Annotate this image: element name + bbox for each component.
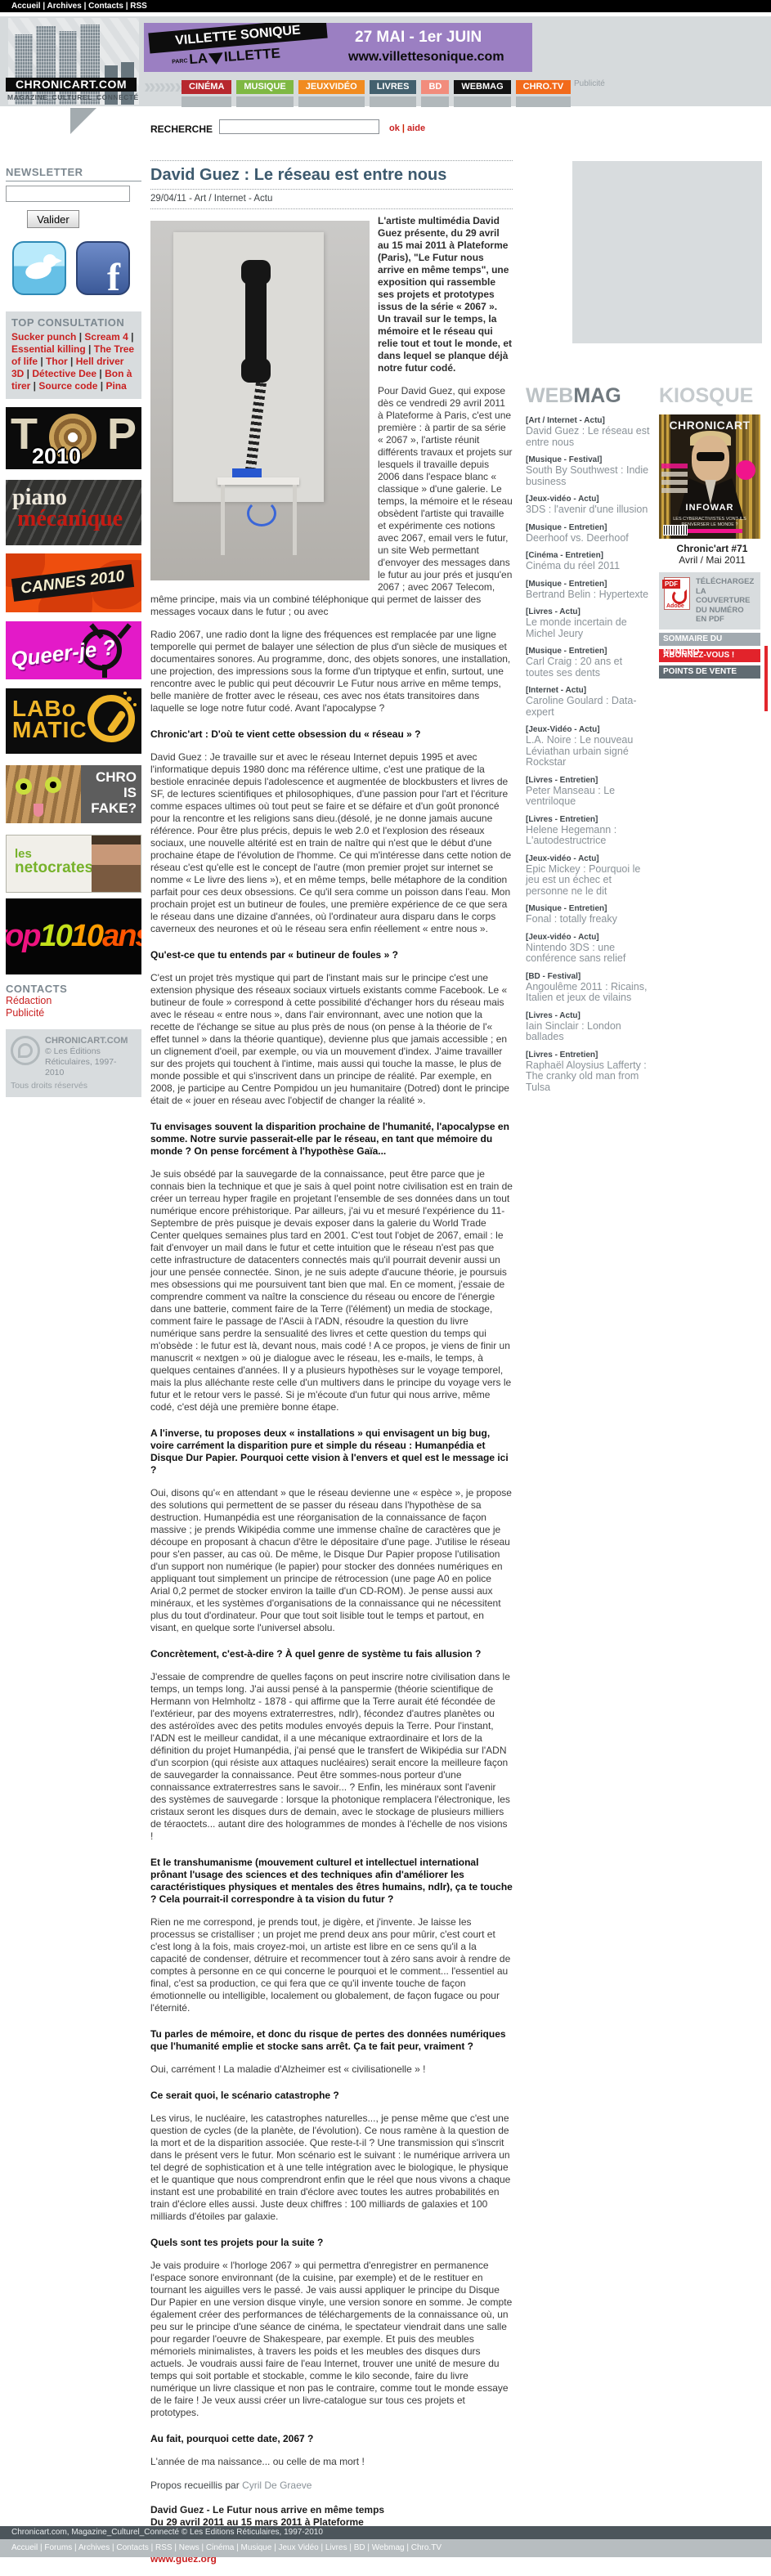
barcode — [663, 525, 688, 535]
event-line: David Guez - Le Futur nous arrive en mêm… — [150, 2504, 513, 2516]
webmag-item-title[interactable]: Angoulême 2011 : Ricains, Italien et jeu… — [526, 982, 650, 1004]
bubble — [133, 703, 137, 706]
webmag-item-label: [Musique - Festival] — [526, 455, 650, 464]
article-paragraph: Radio 2067, une radio dont la ligne des … — [150, 629, 513, 715]
page: Accueil | Archives | Contacts | RSS CHRO… — [0, 0, 771, 2576]
banner-top10-10ans[interactable]: top1010ans — [6, 898, 141, 974]
pdf-tag: PDF — [662, 580, 680, 589]
webmag-item-title[interactable]: Le monde incertain de Michel Jeury — [526, 617, 650, 639]
webmag-item-label: [Jeux-vidéo - Actu] — [526, 495, 650, 504]
copyright-text: CHRONICART.COM © Les Éditions Réticulair… — [45, 1036, 128, 1078]
webmag-item-label: [Jeux-vidéo - Actu] — [526, 933, 650, 942]
article-question: A l'inverse, tu proposes deux « installa… — [150, 1427, 513, 1476]
webmag-item[interactable]: [Livres - Actu]Le monde incertain de Mic… — [526, 607, 650, 639]
article-paragraph: J'essaie de comprendre de quelles façons… — [150, 1671, 513, 1843]
byline-prefix: Propos recueillis par — [150, 2480, 242, 2491]
search-separator: | — [402, 123, 405, 133]
webmag-item[interactable]: [Musique - Entretien]Carl Craig : 20 ans… — [526, 647, 650, 679]
newsletter-heading: NEWSLETTER — [6, 166, 141, 181]
villette-sonique-ad-banner[interactable]: VILLETTE SONIQUE PARCLAILLETTE 27 MAI - … — [144, 23, 532, 72]
webmag-item-label: [Livres - Entretien] — [526, 1051, 650, 1060]
kiosque-issue: Chronic'art #71 — [659, 543, 765, 554]
nav-item-musique[interactable]: MUSIQUE — [236, 80, 293, 94]
pdf-download-text: TÉLÉCHARGEZ LA COUVERTURE DU NUMÉRO EN P… — [696, 577, 755, 625]
blue-cable — [247, 500, 276, 526]
ad-label: Publicité — [574, 79, 605, 88]
contacts-link-publicité[interactable]: Publicité — [6, 1007, 141, 1019]
man-face-photo — [92, 836, 141, 892]
site-tagline: MAGAZINE_CULTUREL_CONNECTÉ — [7, 93, 139, 101]
webmag-item[interactable]: [Musique - Entretien]Fonal : totally fre… — [526, 904, 650, 925]
article-paragraph: Rien ne me correspond, je prends tout, j… — [150, 1916, 513, 2014]
footer-links-bar[interactable]: Accueil | Forums | Archives | Contacts |… — [0, 2539, 771, 2557]
webmag-item-title[interactable]: Peter Manseau : Le ventriloque — [526, 786, 650, 808]
top-consultation-box: TOP CONSULTATION Sucker punch | Scream 4… — [6, 311, 141, 399]
nav-item-cinéma[interactable]: CINÉMA — [182, 80, 231, 94]
chronicart-spiral-logo — [11, 1036, 40, 1065]
nav-item-chro.tv[interactable]: CHRO.TV — [516, 80, 572, 94]
cover-mini-text — [661, 472, 688, 477]
webmag-item[interactable]: [Livres - Entretien]Helene Hegemann : L'… — [526, 815, 650, 847]
article-question: Tu parles de mémoire, et donc du risque … — [150, 2028, 513, 2053]
article-photo — [150, 221, 370, 580]
webmag-item-label: [Musique - Entretien] — [526, 580, 650, 589]
article-question: Concrètement, c'est-à-dire ? À quel genr… — [150, 1648, 513, 1660]
gender-cross — [102, 665, 107, 678]
banner-top-2010[interactable]: T P 2010 — [6, 407, 141, 469]
article-question: Quels sont tes projets pour la suite ? — [150, 2237, 513, 2249]
search-help-link[interactable]: aide — [407, 123, 425, 133]
webmag-item-title[interactable]: Caroline Goulard : Data-expert — [526, 696, 650, 718]
webmag-item[interactable]: [Livres - Entretien]Peter Manseau : Le v… — [526, 776, 650, 808]
webmag-item[interactable]: [Jeux-vidéo - Actu]Nintendo 3DS : une co… — [526, 933, 650, 965]
ad-banner-parc: PARC — [172, 58, 188, 65]
facebook-f-glyph: f — [107, 255, 120, 295]
article-question: Tu envisages souvent la disparition proc… — [150, 1121, 513, 1158]
banner-les-netocrates[interactable]: les netocrates — [6, 835, 141, 893]
cf-line1: CHRO — [86, 769, 137, 785]
kiosque-date: Avril / Mai 2011 — [659, 554, 765, 566]
banner-cannes-2010[interactable]: CANNES 2010 — [6, 553, 141, 612]
table-leg — [293, 485, 297, 555]
ad-banner-la: LA — [189, 51, 208, 68]
webmag-item[interactable]: [Musique - Entretien]Bertrand Belin : Hy… — [526, 580, 650, 601]
webmag-heading-web: WEB — [526, 384, 573, 407]
webmag-item[interactable]: [Jeux-Vidéo - Actu]L.A. Noire : Le nouve… — [526, 725, 650, 768]
top-consultation-link[interactable]: Scream 4 — [84, 331, 128, 343]
cf-line2: IS — [86, 785, 137, 800]
webmag-item[interactable]: [Musique - Festival]South By Southwest :… — [526, 455, 650, 487]
copyright-box: CHRONICART.COM © Les Éditions Réticulair… — [6, 1029, 141, 1097]
webmag-item-title[interactable]: L.A. Noire : Le nouveau Léviathan urbain… — [526, 735, 650, 768]
cat-eye — [45, 777, 61, 793]
nav-item-jeuxvidéo[interactable]: JEUXVIDÉO — [298, 80, 365, 94]
webmag-item-title[interactable]: Carl Craig : 20 ans et toutes ses dents — [526, 656, 650, 679]
sunglasses-icon — [697, 452, 724, 461]
copyright-site: CHRONICART.COM — [45, 1036, 128, 1046]
footer-copyright-bar: Chronicart.com, Magazine_Culturel_Connec… — [0, 2526, 771, 2539]
copyright-rights: Tous droits réservés — [11, 1081, 137, 1091]
page-title: David Guez : Le réseau est entre nous — [150, 166, 513, 185]
footer-links[interactable]: Accueil | Forums | Archives | Contacts |… — [11, 2543, 442, 2552]
kiosque-button[interactable]: ABONNEZ-VOUS ! — [659, 649, 760, 662]
webmag-item[interactable]: [Livres - Entretien]Raphaël Aloysius Laf… — [526, 1051, 650, 1094]
top-consultation-link[interactable]: Sucker punch — [11, 331, 76, 343]
webmag-item-title[interactable]: Deerhoof vs. Deerhoof — [526, 533, 650, 544]
pdf-download-link[interactable]: PDF Adobe TÉLÉCHARGEZ LA COUVERTURE DU N… — [659, 572, 760, 629]
webmag-item-title[interactable]: Nintendo 3DS : une conférence sans relie… — [526, 943, 650, 965]
cover-mini-text — [661, 464, 688, 468]
article-paragraph: Les virus, le nucléaire, les catastrophe… — [150, 2112, 513, 2223]
webmag-item[interactable]: [Art / Internet - Actu]David Guez : Le r… — [526, 416, 650, 448]
main-nav: CINÉMAMUSIQUEJEUXVIDÉOLIVRESBDWEBMAGCHRO… — [182, 80, 571, 94]
webmag-item[interactable]: [Jeux-vidéo - Actu]Epic Mickey : Pourquo… — [526, 854, 650, 898]
bubble — [127, 697, 132, 701]
cover-masthead: CHRONICART — [659, 419, 760, 432]
blue-book — [232, 468, 262, 477]
newsletter-email-input[interactable] — [6, 186, 130, 202]
ad-banner-url[interactable]: www.villettesonique.com — [348, 50, 504, 65]
chro-is-fake-text: CHRO IS FAKE? — [81, 765, 141, 823]
banner-chro-is-fake[interactable]: CHRO IS FAKE? — [6, 765, 141, 823]
webmag-item[interactable]: [Livres - Actu]Iain Sinclair : London ba… — [526, 1011, 650, 1043]
search-label: RECHERCHE — [150, 123, 213, 135]
nav-item-livres[interactable]: LIVRES — [370, 80, 417, 94]
article-paragraph: C'est un projet très mystique qui part d… — [150, 972, 513, 1107]
banner-piano-mecanique[interactable]: piano mécanique — [6, 480, 141, 545]
top10-seg2: 10 — [40, 919, 71, 954]
kiosque-button[interactable]: SOMMAIRE DU NUMÉRO — [659, 633, 760, 646]
webmag-item-label: [Musique - Entretien] — [526, 904, 650, 913]
left-sidebar: NEWSLETTER Valider f TOP CONSULTATION Su… — [6, 166, 141, 1097]
search-actions: ok | aide — [389, 123, 425, 133]
top-consultation-link[interactable]: Détective Dee — [32, 368, 96, 379]
webmag-item-title[interactable]: David Guez : Le réseau est entre nous — [526, 426, 650, 448]
banner-labomatic[interactable]: LABo MATIC — [6, 688, 141, 754]
article-question: Et le transhumanisme (mouvement culturel… — [150, 1857, 513, 1906]
top-consultation-links: Sucker punch | Scream 4 | Essential kill… — [11, 331, 136, 392]
kiosque-buttons: SOMMAIRE DU NUMÉROABONNEZ-VOUS !POINTS D… — [659, 633, 765, 679]
contacts-link-rédaction[interactable]: Rédaction — [6, 995, 141, 1007]
kiosque-heading: KIOSQUE — [659, 384, 765, 408]
contacts-heading: CONTACTS — [6, 983, 141, 995]
ad-placeholder — [572, 161, 762, 343]
magazine-cover[interactable]: CHRONICART INFOWAR LES CYBERACTIVISTES V… — [659, 414, 760, 539]
article-paragraph: David Guez : Je travaille sur et avec le… — [150, 751, 513, 935]
webmag-item-label: [Livres - Actu] — [526, 607, 650, 616]
article-body: L'artiste multimédia David Guez présente… — [150, 215, 513, 2468]
bubble — [123, 692, 127, 695]
webmag-item-title[interactable]: Iain Sinclair : London ballades — [526, 1021, 650, 1043]
webmag-item-label: [Art / Internet - Actu] — [526, 416, 650, 425]
webmag-item-title[interactable]: Epic Mickey : Pourquoi le jeu est un éch… — [526, 864, 650, 898]
top2010-letter-p: P — [107, 409, 137, 459]
adobe-swoosh — [672, 589, 687, 604]
article-paragraph: Je vais produire « l'horloge 2067 » qui … — [150, 2260, 513, 2419]
webmag-item[interactable]: [Internet - Actu]Caroline Goulard : Data… — [526, 686, 650, 718]
labo-ring-icon — [87, 695, 135, 742]
webmag-list: [Art / Internet - Actu]David Guez : Le r… — [526, 416, 650, 1093]
newsletter-submit-button[interactable]: Valider — [27, 210, 79, 228]
webmag-item-label: [Jeux-vidéo - Actu] — [526, 854, 650, 863]
site-logo[interactable]: CHRONICART.COM — [6, 78, 137, 92]
cover-mini-text — [661, 488, 688, 493]
top-links-bar[interactable]: Accueil | Archives | Contacts | RSS — [0, 0, 771, 12]
top2010-year: 2010 — [32, 444, 81, 469]
webmag-item[interactable]: [Musique - Entretien]Deerhoof vs. Deerho… — [526, 523, 650, 544]
webmag-item-label: [Cinéma - Entretien] — [526, 551, 650, 560]
webmag-item-label: [Musique - Entretien] — [526, 523, 650, 532]
article-question: Ce serait quoi, le scénario catastrophe … — [150, 2090, 513, 2102]
article-paragraph: L'année de ma naissance... ou celle de m… — [150, 2456, 513, 2468]
table-leg — [221, 485, 225, 555]
pdf-icon: PDF Adobe — [664, 577, 690, 610]
webmag-item-label: [BD - Festival] — [526, 972, 650, 981]
search-ok-button[interactable]: ok — [389, 123, 400, 133]
webmag-item-label: [Jeux-Vidéo - Actu] — [526, 725, 650, 734]
cover-mini-text — [661, 480, 688, 485]
curtain-left — [659, 414, 670, 539]
webmag-item[interactable]: [Cinéma - Entretien]Cinéma du réel 2011 — [526, 551, 650, 572]
twitter-icon[interactable] — [12, 241, 66, 295]
webmag-item-title[interactable]: South By Southwest : Indie business — [526, 465, 650, 487]
webmag-item-title[interactable]: Helene Hegemann : L'autodestructrice — [526, 825, 650, 847]
article-question: Qu'est-ce que tu entends par « butineur … — [150, 949, 513, 961]
top10-seg1: top — [6, 919, 40, 954]
contacts-links: RédactionPublicité — [6, 995, 141, 1019]
webmag-item-title[interactable]: Cinéma du réel 2011 — [526, 561, 650, 572]
table-top — [217, 477, 299, 485]
twitter-bird-beak — [55, 258, 62, 264]
webmag-item-title[interactable]: Bertrand Belin : Hypertexte — [526, 589, 650, 601]
article: David Guez : Le réseau est entre nous 29… — [150, 160, 513, 2576]
top-consultation-link[interactable]: Essential killing — [11, 343, 86, 355]
cat-photo — [6, 765, 81, 823]
webmag-item-title[interactable]: 3DS : l'avenir d'une illusion — [526, 504, 650, 516]
webmag-item-label: [Livres - Entretien] — [526, 815, 650, 824]
copyright-line1: © Les Éditions — [45, 1046, 128, 1057]
webmag-item-title[interactable]: Fonal : totally freaky — [526, 914, 650, 925]
telephone-handset — [245, 263, 267, 379]
header: CHRONICART.COM MAGAZINE_CULTUREL_CONNECT… — [0, 16, 771, 106]
kiosque-section: KIOSQUE CHRONICART INFOWAR LES CYBERACTI… — [659, 384, 765, 679]
piano-line2: mécanique — [17, 508, 141, 531]
cover-headline: INFOWAR — [659, 503, 760, 513]
top-consultation-link[interactable]: Thor — [46, 356, 68, 367]
top10-seg4: ans — [102, 919, 141, 954]
social-icons: f — [12, 241, 141, 295]
copyright-line3: 2010 — [45, 1068, 128, 1078]
cf-line3: FAKE? — [86, 800, 137, 816]
byline-author-link[interactable]: Cyril De Graeve — [242, 2480, 312, 2491]
top-consultation-heading: TOP CONSULTATION — [11, 316, 136, 329]
webmag-heading: WEBMAG — [526, 384, 650, 408]
separator — [150, 160, 513, 161]
search-input[interactable] — [219, 119, 379, 134]
gender-arrow — [117, 623, 131, 638]
cat-eye — [16, 778, 32, 795]
webmag-item-label: [Internet - Actu] — [526, 686, 650, 695]
webmag-heading-mag: MAG — [573, 384, 621, 407]
triangle-icon — [208, 52, 224, 65]
webmag-section: WEBMAG [Art / Internet - Actu]David Guez… — [526, 384, 650, 1100]
adobe-label: Adobe — [666, 603, 684, 609]
ad-banner-dates: 27 MAI - 1er JUIN — [355, 29, 482, 47]
byline: Propos recueillis par Cyril De Graeve — [150, 2480, 513, 2491]
kiosque-button[interactable]: POINTS DE VENTE — [659, 665, 760, 679]
copyright-line2: Réticulaires, 1997- — [45, 1057, 128, 1068]
webmag-item-label: [Livres - Actu] — [526, 1011, 650, 1020]
article-paragraph: Oui, disons qu'« en attendant » que le r… — [150, 1487, 513, 1634]
skyline-logo-image — [8, 18, 139, 105]
nav-item-webmag[interactable]: WEBMAG — [454, 80, 510, 94]
banner-queer-je[interactable]: Queer-je ? — [6, 621, 141, 679]
piano-line1: piano — [12, 488, 141, 508]
nav-item-bd[interactable]: BD — [421, 80, 449, 94]
separator — [150, 208, 513, 209]
logo-speech-tail — [70, 108, 96, 134]
article-meta: 29/04/11 - Art / Internet - Actu — [150, 194, 513, 204]
ad-banner-illette: ILLETTE — [223, 45, 280, 65]
webmag-item[interactable]: [Jeux-vidéo - Actu]3DS : l'avenir d'une … — [526, 495, 650, 516]
top-consultation-link[interactable]: Pina — [105, 380, 126, 392]
pink-badge — [736, 460, 755, 480]
facebook-icon[interactable]: f — [76, 241, 130, 295]
webmag-item[interactable]: [BD - Festival]Angoulême 2011 : Ricains,… — [526, 972, 650, 1004]
topbar-links[interactable]: Accueil | Archives | Contacts | RSS — [11, 2, 147, 11]
article-paragraph: Je suis obsédé par la sauvegarde de la c… — [150, 1168, 513, 1413]
article-question: Chronic'art : D'où te vient cette obsess… — [150, 728, 513, 741]
webmag-item-title[interactable]: Raphaël Aloysius Lafferty : The cranky o… — [526, 1060, 650, 1094]
chevrons-icon: »»»» — [144, 74, 185, 99]
article-question: Au fait, pourquoi cette date, 2067 ? — [150, 2433, 513, 2445]
top-consultation-link[interactable]: Source code — [38, 380, 97, 392]
cat-tongue — [34, 804, 43, 817]
webmag-item-label: [Musique - Entretien] — [526, 647, 650, 656]
separator — [150, 189, 513, 190]
article-paragraph: Oui, carrément ! La maladie d'Alzheimer … — [150, 2063, 513, 2076]
top10-seg3: 10 — [71, 919, 102, 954]
contacts-section: CONTACTS RédactionPublicité — [6, 983, 141, 1019]
webmag-item-label: [Livres - Entretien] — [526, 776, 650, 785]
